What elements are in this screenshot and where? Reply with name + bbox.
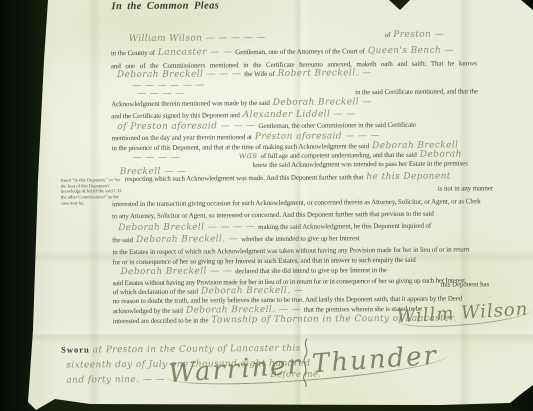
handwritten-segment: and forty nine. — — [66,375,164,386]
margin-note: Insert “to this Deponent,” or “to the be… [61,177,123,206]
signature-deponent: Willm Wilson [396,300,533,329]
printed-segment: Sworn [61,344,90,354]
printed-segment: this Deponent has [441,280,490,288]
handwritten-segment: Preston — [393,30,444,40]
line-deponent-of: ofPreston — [385,25,447,41]
printed-segment: the Wife of [244,70,274,78]
court-header: In the Common Pleas [111,1,219,12]
printed-segment: respecting which such Acknowledgment was… [125,173,364,183]
document-text-layer: In the Common Pleas William Wilson — — —… [0,0,533,411]
handwritten-segment: Robert Breckell. — [278,68,372,79]
printed-segment: interested are described to be in the [113,316,208,325]
printed-segment: of [385,31,391,39]
line-respecting: respecting which such Acknowledgment was… [125,167,454,186]
jurat-year: and forty nine. — — [63,370,168,387]
document-photo: In the Common Pleas William Wilson — — —… [0,0,533,411]
